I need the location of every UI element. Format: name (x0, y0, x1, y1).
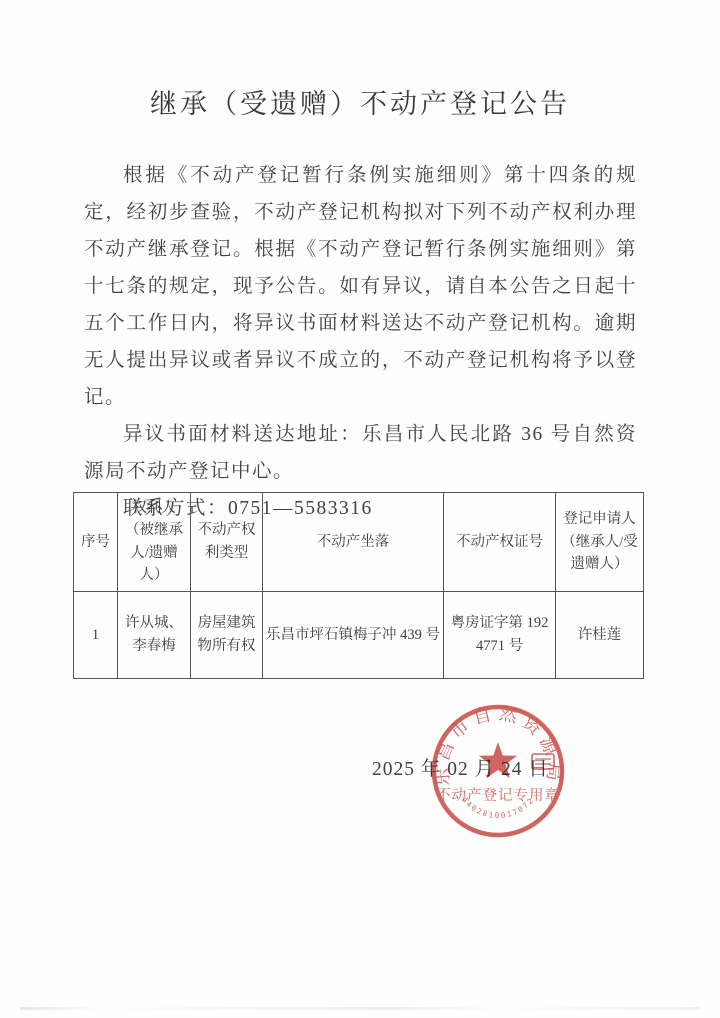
header-applicant: 登记申请人（继承人/受遗赠人） (556, 493, 644, 592)
header-right-type: 不动产权利类型 (191, 493, 263, 592)
cell-owner: 许从城、李春梅 (118, 591, 191, 678)
seal-star-icon (479, 742, 517, 778)
cell-applicant: 许桂莲 (556, 591, 644, 678)
scan-artifact (20, 1007, 700, 1010)
notice-paragraph-address: 异议书面材料送达地址：乐昌市人民北路 36 号自然资源局不动产登记中心。 (84, 416, 637, 490)
notice-body: 根据《不动产登记暂行条例实施细则》第十四条的规定，经初步查验，不动产登记机构拟对… (84, 157, 637, 527)
registration-table: 序号 权利人（被继承人/遗赠人） 不动产权利类型 不动产坐落 不动产权证号 登记… (73, 492, 644, 679)
page-title: 继承（受遗赠）不动产登记公告 (0, 82, 720, 121)
scanned-notice-page: 继承（受遗赠）不动产登记公告 根据《不动产登记暂行条例实施细则》第十四条的规定，… (0, 0, 720, 1018)
cell-location: 乐昌市坪石镇梅子冲 439 号 (263, 591, 444, 678)
header-seq: 序号 (74, 493, 118, 592)
cell-seq: 1 (74, 591, 118, 678)
header-owner: 权利人（被继承人/遗赠人） (118, 493, 191, 592)
official-seal: 乐昌市自然资源局 不动产登记专用章 4402810017072 (427, 700, 569, 842)
cell-right-type: 房屋建筑物所有权 (191, 591, 263, 678)
cell-cert-number: 粤房证字第 1924771 号 (444, 591, 556, 678)
table-header-row: 序号 权利人（被继承人/遗赠人） 不动产权利类型 不动产坐落 不动产权证号 登记… (74, 493, 644, 592)
seal-type-text: 不动产登记专用章 (436, 786, 560, 804)
table-row: 1 许从城、李春梅 房屋建筑物所有权 乐昌市坪石镇梅子冲 439 号 粤房证字第… (74, 591, 644, 678)
notice-paragraph-main: 根据《不动产登记暂行条例实施细则》第十四条的规定，经初步查验，不动产登记机构拟对… (84, 157, 637, 416)
header-location: 不动产坐落 (263, 493, 444, 592)
header-cert-number: 不动产权证号 (444, 493, 556, 592)
